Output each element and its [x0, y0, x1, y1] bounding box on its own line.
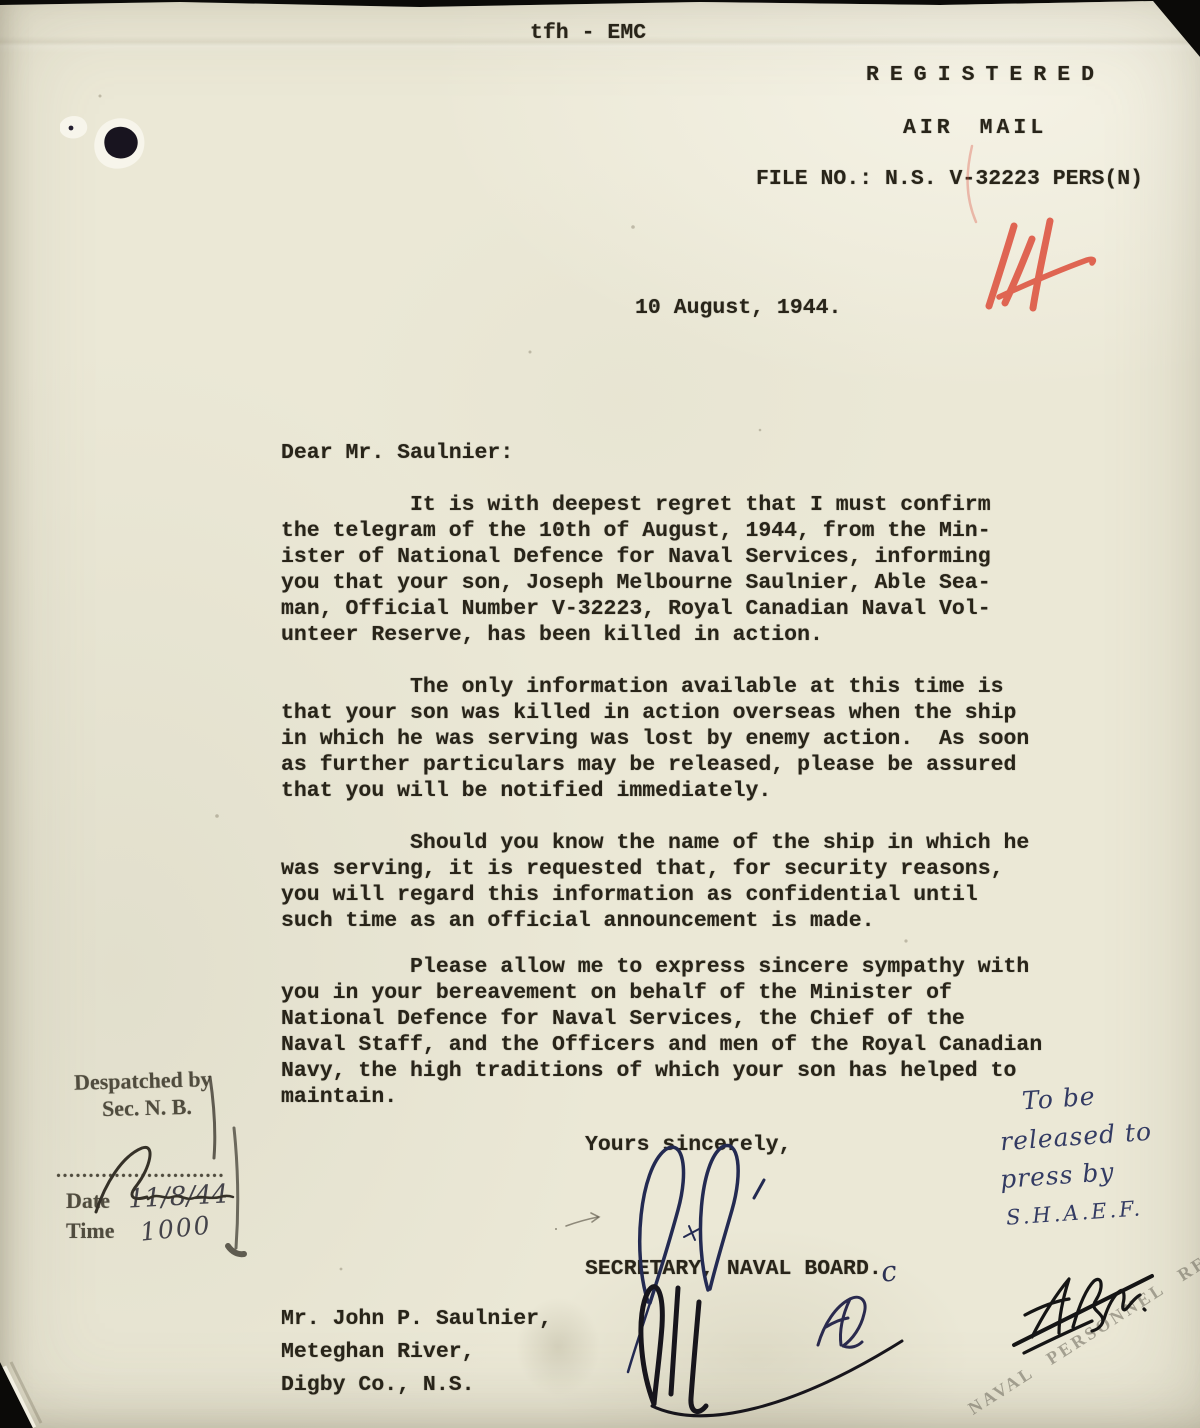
despatch-stamp-line1: Despatched by — [74, 1066, 212, 1096]
closing: Yours sincerely, — [585, 1132, 791, 1158]
date-line: 10 August, 1944. — [635, 295, 841, 321]
despatch-date-value: 11/8/44 — [127, 1179, 229, 1214]
recipient-address: Mr. John P. Saulnier, Meteghan River, Di… — [281, 1303, 552, 1402]
despatch-date-label: Date — [66, 1188, 110, 1214]
file-number: FILE NO.: N.S. V-32223 PERS(N) — [756, 166, 1143, 192]
secretary-signature-lower — [641, 1287, 902, 1416]
signer-title: SECRETARY, NAVAL BOARD. — [585, 1256, 882, 1282]
press-note-line2: released to — [999, 1117, 1153, 1157]
despatch-time-label: Time — [66, 1218, 114, 1244]
handwritten-initials-centre — [818, 1297, 865, 1347]
press-note-line3: press by — [999, 1157, 1115, 1194]
paragraph-2: The only information available at this t… — [281, 674, 1029, 804]
paragraph-4: Please allow me to express sincere sympa… — [281, 954, 1042, 1110]
registered-label: REGISTERED — [866, 62, 1105, 88]
despatch-time-value: 1000 — [139, 1210, 213, 1246]
press-note-line4: S.H.A.E.F. — [1005, 1196, 1143, 1230]
despatch-stamp-line2: Sec. N. B. — [102, 1094, 192, 1122]
paper-tear-hole — [60, 116, 144, 169]
paragraph-1: It is with deepest regret that I must co… — [281, 492, 991, 648]
folded-corner — [3, 1362, 41, 1428]
letter-page: tfh - EMC REGISTERED AIR MAIL FILE NO.: … — [0, 0, 1200, 1428]
paragraph-3: Should you know the name of the ship in … — [281, 830, 1029, 934]
reference-initials: tfh - EMC — [530, 20, 646, 46]
air-mail-label: AIR MAIL — [903, 115, 1047, 141]
scanned-letter: tfh - EMC REGISTERED AIR MAIL FILE NO.: … — [0, 0, 1200, 1428]
salutation: Dear Mr. Saulnier: — [281, 440, 513, 466]
pencil-mark — [555, 1213, 599, 1230]
naval-personnel-records-stamp: NAVAL PERSONNEL RECORDS — [964, 1210, 1200, 1420]
handwritten-letter-c: c — [879, 1254, 899, 1289]
press-note-line1: To be — [1021, 1081, 1096, 1115]
despatch-stamp-dotted-line: .......................... — [56, 1160, 225, 1183]
